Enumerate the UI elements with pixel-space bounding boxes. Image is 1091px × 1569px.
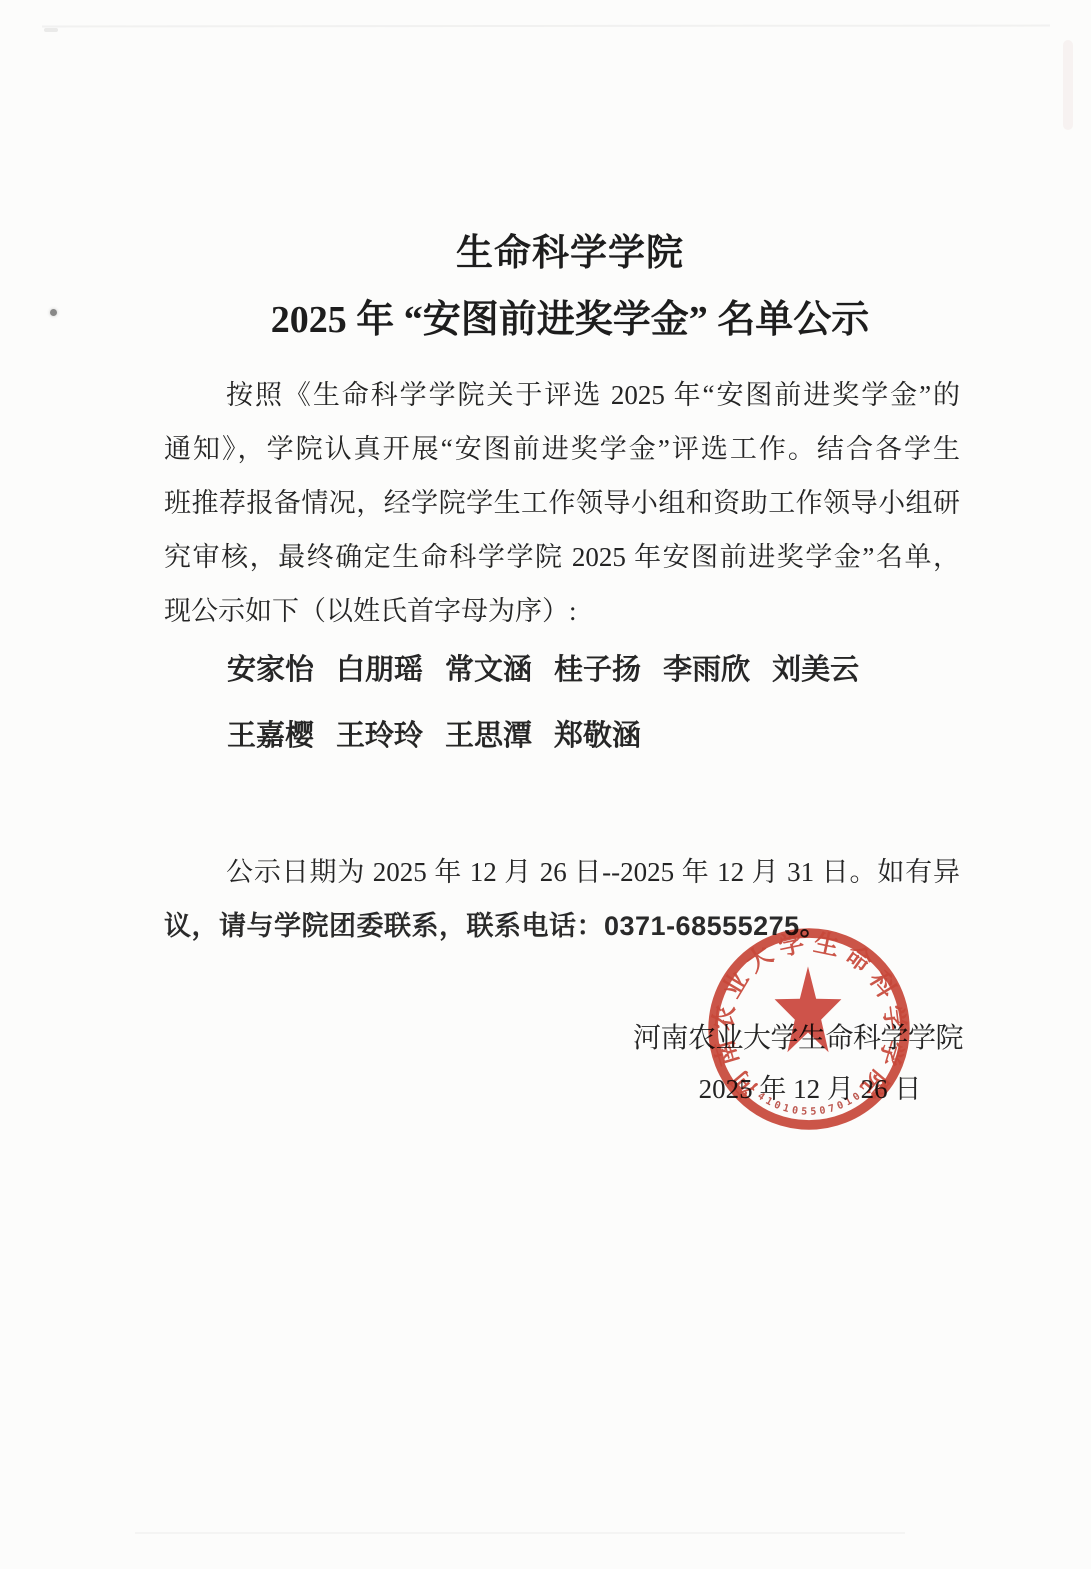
awardee-name: 王嘉樱 — [227, 716, 314, 756]
official-seal-graphic: 河南农业大学生命科学学院 410105507010 — [703, 923, 915, 1135]
paragraph-line: 现公示如下（以姓氏首字母为序）: — [164, 584, 960, 638]
body-paragraph-1: 按照《生命科学学院关于评选 2025 年“安图前进奖学金”的 通知》，学院认真开… — [164, 368, 960, 638]
awardee-name: 安家怡 — [227, 650, 314, 690]
paragraph-line: 班推荐报备情况，经学院学生工作领导小组和资助工作领导小组研 — [164, 476, 960, 530]
awardee-name: 王思潭 — [445, 716, 532, 756]
paragraph-line: 究审核，最终确定生命科学学院 2025 年安图前进奖学金”名单， — [164, 530, 960, 584]
awardee-names-row-1: 安家怡白朋瑶常文涵桂子扬李雨欣刘美云 — [227, 650, 859, 690]
scan-artifact-top-line — [42, 25, 1050, 28]
awardee-name: 常文涵 — [445, 650, 532, 690]
awardee-names-row-2: 王嘉樱王玲玲王思潭郑敬涵 — [227, 716, 641, 756]
awardee-name: 李雨欣 — [663, 650, 750, 690]
paragraph-line: 按照《生命科学学院关于评选 2025 年“安图前进奖学金”的 — [164, 368, 960, 422]
scan-artifact-edge-smudge — [1063, 40, 1073, 130]
awardee-name: 白朋瑶 — [336, 650, 423, 690]
scan-artifact-bottom-line — [135, 1532, 905, 1534]
awardee-name: 王玲玲 — [336, 716, 423, 756]
paragraph-line: 公示日期为 2025 年 12 月 26 日--2025 年 12 月 31 日… — [164, 845, 960, 899]
awardee-name: 郑敬涵 — [554, 716, 641, 756]
paragraph-line: 通知》，学院认真开展“安图前进奖学金”评选工作。结合各学生 — [164, 422, 960, 476]
awardee-name: 桂子扬 — [554, 650, 641, 690]
page-subtitle: 2025 年 “安图前进奖学金” 名单公示 — [55, 288, 1085, 343]
scan-artifact-corner-mark — [44, 28, 58, 32]
awardee-name: 刘美云 — [772, 650, 859, 690]
red-star-icon — [775, 966, 842, 1052]
official-seal: 河南农业大学生命科学学院 410105507010 — [703, 923, 915, 1135]
page-title: 生命科学学院 — [55, 222, 1085, 276]
document-page: 生命科学学院 2025 年 “安图前进奖学金” 名单公示 按照《生命科学学院关于… — [0, 0, 1091, 1569]
